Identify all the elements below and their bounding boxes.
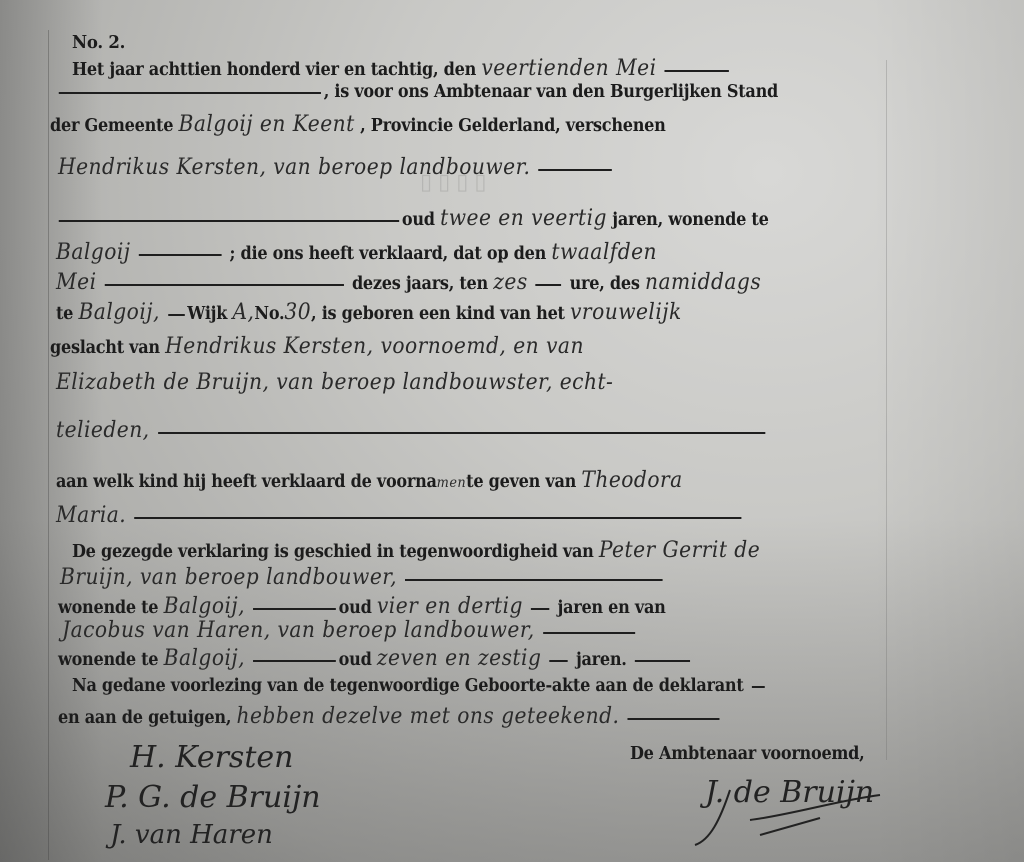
handwritten-municipality: Balgoij en Keent <box>179 112 355 137</box>
printed-text: te geven van <box>466 472 576 492</box>
margin-rule <box>48 30 49 860</box>
right-margin-rule <box>886 60 887 760</box>
fill-line <box>539 169 613 171</box>
handwritten-witness2: Jacobus van Haren, van beroep landbouwer… <box>62 618 535 643</box>
fill-line <box>628 718 720 720</box>
printed-text: No. <box>254 304 284 324</box>
handwritten-residence: Balgoij, <box>164 594 245 619</box>
line-second-name: Maria. <box>56 503 744 528</box>
handwritten-age: zeven en zestig <box>377 646 541 671</box>
printed-text: deklarant <box>659 676 744 696</box>
handwritten-place: Balgoij, <box>78 300 159 325</box>
line-witness-intro: De gezegde verklaring is geschied in teg… <box>72 538 760 563</box>
handwritten-age: twee en veertig <box>440 206 607 231</box>
printed-text: wonende te <box>58 598 158 618</box>
printed-text: Na gedane voorlezing van de tegenwoordig… <box>72 676 653 696</box>
fill-line <box>531 608 549 610</box>
fill-line <box>59 220 399 222</box>
signature-flourish-icon <box>690 780 890 850</box>
handwritten-second-name: Maria. <box>56 503 126 528</box>
handwritten-first-name: Theodora <box>581 468 682 493</box>
fill-line <box>134 517 741 519</box>
printed-text: te <box>56 304 73 324</box>
handwritten-witness1: Peter Gerrit de <box>599 538 760 563</box>
handwritten-hour: zes <box>493 270 527 295</box>
printed-text: der Gemeente <box>50 116 173 136</box>
printed-text: aan welk kind hij heeft verklaard de <box>56 472 372 492</box>
fill-line <box>752 686 765 688</box>
printed-text: geslacht van <box>50 338 160 358</box>
handwritten-daypart: namiddags <box>645 270 761 295</box>
handwritten-spouses: telieden, <box>56 418 150 443</box>
line-place-of-birth: te Balgoij, Wijk A,No.30, is geboren een… <box>56 300 682 325</box>
handwritten-residence: Balgoij <box>56 240 131 265</box>
fill-line <box>158 432 765 434</box>
fill-line <box>253 660 336 662</box>
line-signing: en aan de getuigen, hebben dezelve met o… <box>58 704 722 729</box>
printed-text: oud <box>339 650 372 670</box>
printed-text: oud <box>402 210 435 230</box>
line-witness1-occupation: Bruijn, van beroep landbouwer, <box>60 565 666 590</box>
handwritten-month: Mei <box>56 270 97 295</box>
fill-line <box>405 579 663 581</box>
printed-text: ure, des <box>570 274 640 294</box>
fill-line <box>253 608 336 610</box>
printed-text: Het jaar achttien honderd vier en tachti… <box>72 60 476 80</box>
fill-line <box>536 284 562 286</box>
fill-line <box>665 70 729 72</box>
printed-text: , is voor ons Ambtenaar van den Burgerli… <box>324 82 778 102</box>
printed-text: wonende te <box>58 650 158 670</box>
printed-text: voorna <box>377 472 437 492</box>
line-mother: Elizabeth de Bruijn, van beroep landbouw… <box>56 370 613 395</box>
handwritten-house-number: 30 <box>284 300 311 325</box>
printed-text: Wijk <box>187 304 227 324</box>
fill-line <box>635 660 690 662</box>
line-time: Mei dezes jaars, ten zes ure, des namidd… <box>56 270 761 295</box>
printed-text: , is geboren een kind van het <box>311 304 565 324</box>
printed-text: ; die ons heeft verklaard, dat op den <box>230 244 547 264</box>
printed-text: jaren, wonende te <box>612 210 768 230</box>
signature-witness2: J. van Haren <box>110 820 273 850</box>
handwritten-age: vier en dertig <box>377 594 523 619</box>
printed-text: jaren en van <box>558 598 666 618</box>
line-father: geslacht van Hendrikus Kersten, voornoem… <box>50 334 584 359</box>
line-witness2: Jacobus van Haren, van beroep landbouwer… <box>62 618 638 643</box>
signature-declarant: H. Kersten <box>130 740 293 775</box>
handwritten-birth-day: twaalfden <box>551 240 657 265</box>
printed-text: jaren. <box>576 650 627 670</box>
fill-line <box>543 632 635 634</box>
line-residence: Balgoij ; die ons heeft verklaard, dat o… <box>56 240 657 265</box>
printed-text: De gezegde verklaring is geschied in teg… <box>72 542 594 562</box>
printed-text: en aan de getuigen, <box>58 708 231 728</box>
handwritten-mother: Elizabeth de Bruijn, van beroep landbouw… <box>56 370 613 395</box>
certificate-number: No. 2. <box>72 32 125 53</box>
fill-line <box>549 660 567 662</box>
fill-line <box>168 314 185 316</box>
handwritten-date: veertienden Mei <box>481 56 656 81</box>
fill-line <box>105 284 344 286</box>
handwritten-residence: Balgoij, <box>164 646 245 671</box>
official-caption: De Ambtenaar voornoemd, <box>630 744 864 764</box>
handwritten-wijk: A, <box>232 300 254 325</box>
fill-line <box>139 254 222 256</box>
line-date-intro: Het jaar achttien honderd vier en tachti… <box>72 56 732 81</box>
handwritten-suffix: men <box>437 475 467 491</box>
line-spouses: telieden, <box>56 418 768 443</box>
handwritten-signing-statement: hebben dezelve met ons geteekend. <box>236 704 619 729</box>
fill-line <box>59 92 321 94</box>
line-witness2-residence: wonende te Balgoij, oud zeven en zestig … <box>58 646 693 671</box>
printed-text: dezes jaars, ten <box>352 274 488 294</box>
line-age-declarant: oud twee en veertig jaren, wonende te <box>56 206 769 231</box>
handwritten-father: Hendrikus Kersten, voornoemd, en van <box>165 334 584 359</box>
line-given-names: aan welk kind hij heeft verklaard de voo… <box>56 468 683 493</box>
line-declarant: Hendrikus Kersten, van beroep landbouwer… <box>58 155 615 180</box>
handwritten-witness1-occupation: Bruijn, van beroep landbouwer, <box>60 565 397 590</box>
signature-witness1: P. G. de Bruijn <box>105 780 321 815</box>
line-witness1-residence: wonende te Balgoij, oud vier en dertig j… <box>58 594 666 619</box>
printed-text: , Provincie Gelderland, verschenen <box>360 116 665 136</box>
handwritten-sex: vrouwelijk <box>570 300 682 325</box>
line-ambtenaar: , is voor ons Ambtenaar van den Burgerli… <box>56 82 778 102</box>
line-gemeente: der Gemeente Balgoij en Keent , Provinci… <box>50 112 666 137</box>
printed-text: oud <box>339 598 372 618</box>
birth-certificate-page: ▯▯▯▯ No. 2. Het jaar achttien honderd vi… <box>0 0 1024 862</box>
line-reading: Na gedane voorlezing van de tegenwoordig… <box>72 676 767 696</box>
handwritten-declarant: Hendrikus Kersten, van beroep landbouwer… <box>58 155 530 180</box>
